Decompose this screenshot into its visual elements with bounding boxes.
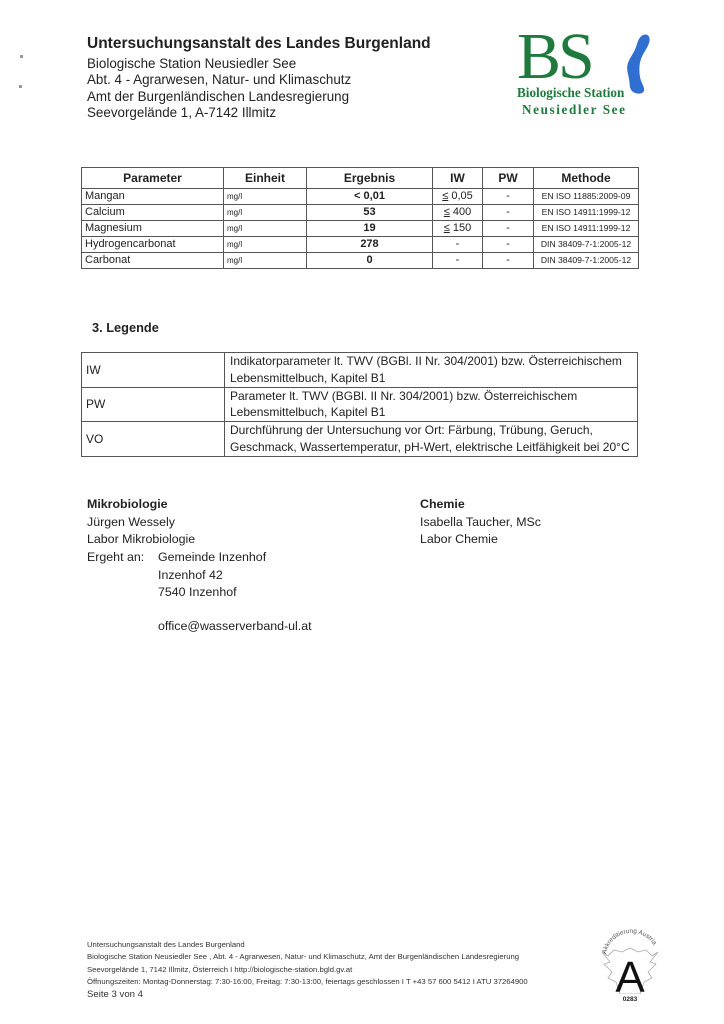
table-row: Hydrogencarbonat mg/l 278 - - DIN 38409-… xyxy=(82,237,639,253)
col-header-method: Methode xyxy=(534,168,639,189)
recipient-label: Ergeht an: xyxy=(87,549,144,567)
iw-cell: ≤ 150 xyxy=(433,221,483,237)
recipient-email: office@wasserverband-ul.at xyxy=(158,618,312,636)
signature-name: Isabella Taucher, MSc xyxy=(420,514,541,532)
method-cell: DIN 38409-7-1:2005-12 xyxy=(534,237,639,253)
address-line: Amt der Burgenländischen Landesregierung xyxy=(87,89,351,105)
unit-cell: mg/l xyxy=(224,253,307,269)
legend-description: Parameter lt. TWV (BGBl. II Nr. 304/2001… xyxy=(225,387,638,422)
page-number: Seite 3 von 4 xyxy=(87,988,528,1002)
result-cell: 278 xyxy=(307,237,433,253)
iw-cell: - xyxy=(433,253,483,269)
col-header-pw: PW xyxy=(483,168,534,189)
pw-cell: - xyxy=(483,237,534,253)
recipient-line: Inzenhof 42 xyxy=(158,567,266,585)
signature-heading: Chemie xyxy=(420,496,541,514)
legend-row: VO Durchführung der Untersuchung vor Ort… xyxy=(82,422,638,457)
legend-line: Geschmack, Wassertemperatur, pH-Wert, el… xyxy=(230,439,632,456)
parameter-cell: Magnesium xyxy=(82,221,224,237)
result-cell: 0 xyxy=(307,253,433,269)
logo-letters: BS xyxy=(517,24,592,90)
address-line: Abt. 4 - Agrarwesen, Natur- und Klimasch… xyxy=(87,72,351,88)
footer-line: Öffnungszeiten: Montag-Donnerstag: 7:30-… xyxy=(87,976,528,988)
col-header-parameter: Parameter xyxy=(82,168,224,189)
legend-description: Durchführung der Untersuchung vor Ort: F… xyxy=(225,422,638,457)
legend-key: PW xyxy=(82,387,225,422)
legend-line: Lebensmittelbuch, Kapitel B1 xyxy=(230,370,632,387)
pw-cell: - xyxy=(483,205,534,221)
recipient-address: Gemeinde Inzenhof Inzenhof 42 7540 Inzen… xyxy=(158,549,266,602)
iw-cell: - xyxy=(433,237,483,253)
pw-cell: - xyxy=(483,189,534,205)
legend-line: Lebensmittelbuch, Kapitel B1 xyxy=(230,404,632,421)
table-row: Calcium mg/l 53 ≤ 400 - EN ISO 14911:199… xyxy=(82,205,639,221)
parameter-cell: Mangan xyxy=(82,189,224,205)
signature-lab: Labor Mikrobiologie xyxy=(87,531,195,549)
address-line: Biologische Station Neusiedler See xyxy=(87,56,351,72)
signature-name: Jürgen Wessely xyxy=(87,514,195,532)
result-cell: < 0,01 xyxy=(307,189,433,205)
signature-mikrobiologie: Mikrobiologie Jürgen Wessely Labor Mikro… xyxy=(87,496,195,549)
legend-line: Durchführung der Untersuchung vor Ort: F… xyxy=(230,422,632,439)
col-header-unit: Einheit xyxy=(224,168,307,189)
svg-text:Akkreditierung Austria: Akkreditierung Austria xyxy=(601,928,658,955)
unit-cell: mg/l xyxy=(224,221,307,237)
legend-line: Indikatorparameter lt. TWV (BGBl. II Nr.… xyxy=(230,353,632,370)
scan-speck xyxy=(20,55,23,58)
results-table: Parameter Einheit Ergebnis IW PW Methode… xyxy=(81,167,639,269)
col-header-result: Ergebnis xyxy=(307,168,433,189)
svg-text:0283: 0283 xyxy=(623,996,638,1003)
method-cell: EN ISO 14911:1999-12 xyxy=(534,221,639,237)
scan-speck xyxy=(19,85,22,88)
pw-cell: - xyxy=(483,253,534,269)
legend-description: Indikatorparameter lt. TWV (BGBl. II Nr.… xyxy=(225,353,638,388)
table-row: Magnesium mg/l 19 ≤ 150 - EN ISO 14911:1… xyxy=(82,221,639,237)
logo-subtitle-1: Biologische Station xyxy=(517,85,624,101)
legend-row: PW Parameter lt. TWV (BGBl. II Nr. 304/2… xyxy=(82,387,638,422)
col-header-iw: IW xyxy=(433,168,483,189)
signature-heading: Mikrobiologie xyxy=(87,496,195,514)
result-cell: 53 xyxy=(307,205,433,221)
result-cell: 19 xyxy=(307,221,433,237)
institution-title: Untersuchungsanstalt des Landes Burgenla… xyxy=(87,35,431,53)
address-line: Seevorgelände 1, A-7142 Illmitz xyxy=(87,105,351,121)
legend-table: IW Indikatorparameter lt. TWV (BGBl. II … xyxy=(81,352,638,457)
page-footer: Untersuchungsanstalt des Landes Burgenla… xyxy=(87,939,528,1002)
recipient-line: Gemeinde Inzenhof xyxy=(158,549,266,567)
legend-key: IW xyxy=(82,353,225,388)
unit-cell: mg/l xyxy=(224,237,307,253)
legend-heading: 3. Legende xyxy=(92,320,159,335)
method-cell: DIN 38409-7-1:2005-12 xyxy=(534,253,639,269)
parameter-cell: Carbonat xyxy=(82,253,224,269)
parameter-cell: Hydrogencarbonat xyxy=(82,237,224,253)
table-row: Mangan mg/l < 0,01 ≤ 0,05 - EN ISO 11885… xyxy=(82,189,639,205)
lake-neusiedl-icon xyxy=(623,33,651,95)
accreditation-austria-icon: Akkreditierung Austria A 0283 xyxy=(598,922,662,1008)
unit-cell: mg/l xyxy=(224,205,307,221)
legend-row: IW Indikatorparameter lt. TWV (BGBl. II … xyxy=(82,353,638,388)
parameter-cell: Calcium xyxy=(82,205,224,221)
bs-logo: BS Biologische Station Neusiedler See xyxy=(510,28,650,123)
footer-line: Seevorgelände 1, 7142 Illmitz, Österreic… xyxy=(87,964,528,976)
pw-cell: - xyxy=(483,221,534,237)
table-header-row: Parameter Einheit Ergebnis IW PW Methode xyxy=(82,168,639,189)
signature-chemie: Chemie Isabella Taucher, MSc Labor Chemi… xyxy=(420,496,541,549)
unit-cell: mg/l xyxy=(224,189,307,205)
recipient-line: 7540 Inzenhof xyxy=(158,584,266,602)
footer-line: Untersuchungsanstalt des Landes Burgenla… xyxy=(87,939,528,951)
signature-lab: Labor Chemie xyxy=(420,531,541,549)
table-row: Carbonat mg/l 0 - - DIN 38409-7-1:2005-1… xyxy=(82,253,639,269)
institution-address: Biologische Station Neusiedler See Abt. … xyxy=(87,56,351,122)
footer-line: Biologische Station Neusiedler See , Abt… xyxy=(87,951,528,963)
method-cell: EN ISO 14911:1999-12 xyxy=(534,205,639,221)
iw-cell: ≤ 400 xyxy=(433,205,483,221)
logo-subtitle-2: Neusiedler See xyxy=(522,102,627,118)
iw-cell: ≤ 0,05 xyxy=(433,189,483,205)
method-cell: EN ISO 11885:2009-09 xyxy=(534,189,639,205)
legend-line: Parameter lt. TWV (BGBl. II Nr. 304/2001… xyxy=(230,388,632,405)
legend-key: VO xyxy=(82,422,225,457)
